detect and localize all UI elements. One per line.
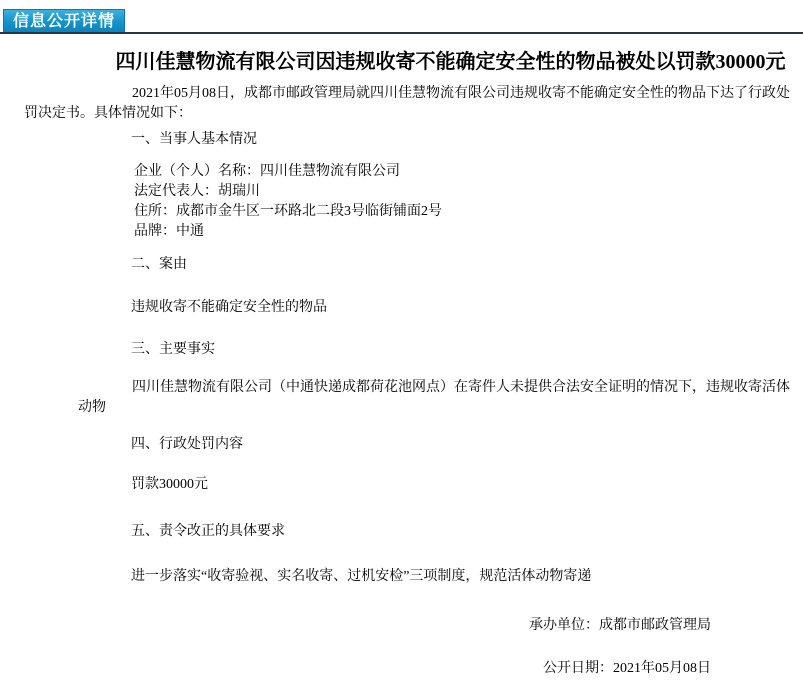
case-cause-text: 违规收寄不能确定安全性的物品 bbox=[131, 298, 327, 318]
legal-representative-line: 法定代表人：胡瑞川 bbox=[134, 182, 442, 202]
tab-info-disclosure-detail[interactable]: 信息公开详情 bbox=[3, 9, 125, 32]
correction-requirement-text: 进一步落实“收寄验视、实名收寄、过机安检”三项制度，规范活体动物寄递 bbox=[131, 567, 591, 587]
page-title: 四川佳慧物流有限公司因违规收寄不能确定安全性的物品被处以罚款30000元 bbox=[100, 45, 801, 74]
publish-date-line: 公开日期：2021年05月08日 bbox=[0, 659, 711, 679]
section-2-heading: 二、案由 bbox=[131, 255, 187, 275]
header-divider-line bbox=[0, 32, 803, 34]
party-info-block: 企业（个人）名称：四川佳慧物流有限公司 法定代表人：胡瑞川 住所：成都市金牛区一… bbox=[134, 162, 442, 242]
info-disclosure-page: 信息公开详情 四川佳慧物流有限公司因违规收寄不能确定安全性的物品被处以罚款300… bbox=[0, 0, 803, 687]
section-5-heading: 五、责令改正的具体要求 bbox=[131, 522, 285, 542]
intro-paragraph: 2021年05月08日，成都市邮政管理局就四川佳慧物流有限公司违规收寄不能确定安… bbox=[24, 84, 795, 124]
main-facts-paragraph: 四川佳慧物流有限公司（中通快递成都荷花池网点）在寄件人未提供合法安全证明的情况下… bbox=[78, 378, 795, 418]
organizer-line: 承办单位：成都市邮政管理局 bbox=[0, 616, 711, 636]
section-3-heading: 三、主要事实 bbox=[131, 340, 215, 360]
section-1-heading: 一、当事人基本情况 bbox=[131, 130, 257, 150]
section-4-heading: 四、行政处罚内容 bbox=[131, 435, 243, 455]
party-name-line: 企业（个人）名称：四川佳慧物流有限公司 bbox=[134, 162, 442, 182]
brand-line: 品牌：中通 bbox=[134, 222, 442, 242]
address-line: 住所：成都市金牛区一环路北二段3号临街铺面2号 bbox=[134, 202, 442, 222]
penalty-amount-text: 罚款30000元 bbox=[131, 475, 208, 495]
